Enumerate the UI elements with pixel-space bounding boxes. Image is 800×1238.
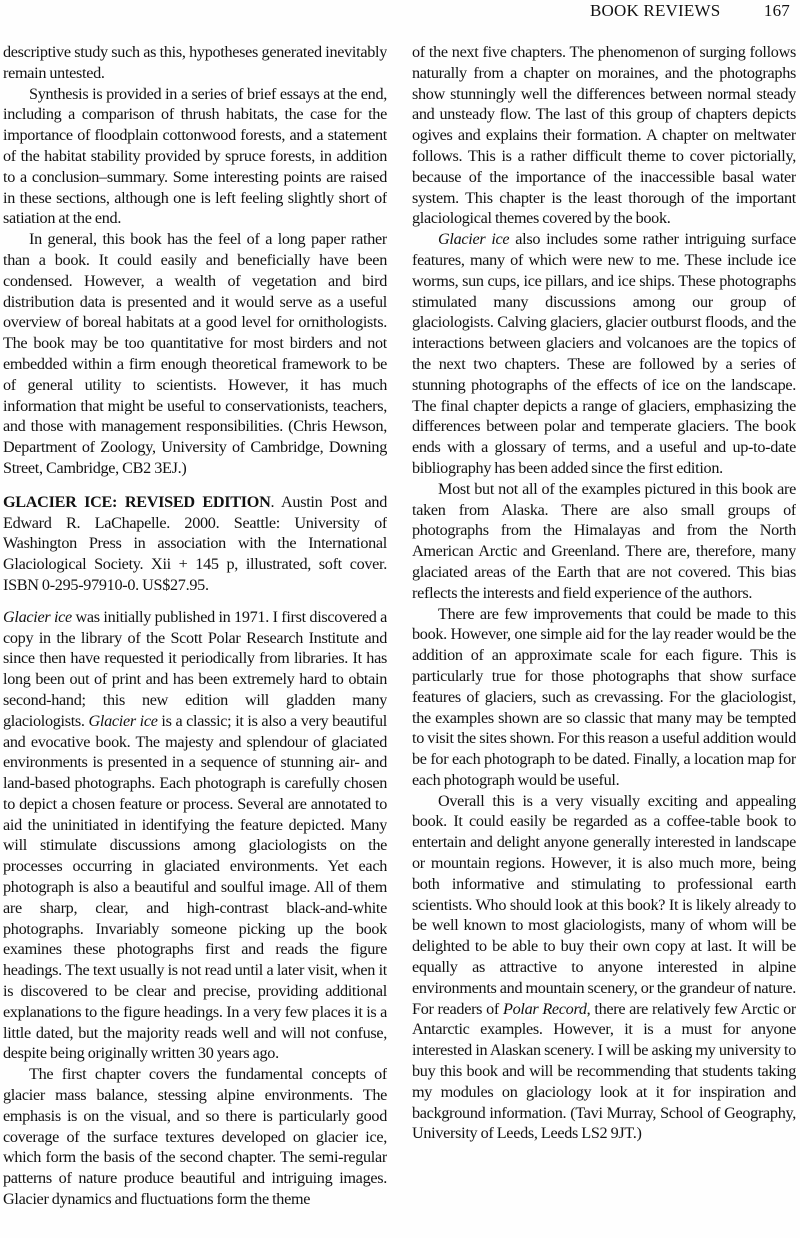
text-run: also includes some rather intriguing sur… — [412, 230, 796, 477]
review2-improvements-paragraph: There are few improvements that could be… — [412, 604, 796, 791]
review2-surface-features-paragraph: Glacier ice also includes some rather in… — [412, 229, 796, 479]
page-number: 167 — [764, 1, 790, 21]
text-run: , there are relatively few Arctic or Ant… — [412, 1000, 796, 1143]
review2-conclusion-paragraph: Overall this is a very visually exciting… — [412, 791, 796, 1145]
journal-page: BOOK REVIEWS 167 descriptive study such … — [0, 0, 800, 1238]
book-citation-heading: GLACIER ICE: REVISED EDITION. Austin Pos… — [3, 492, 387, 596]
text-run: of the next five chapters. The phenomeno… — [412, 43, 796, 227]
text-run: is a classic; it is also a very beautifu… — [3, 712, 387, 1063]
text-run: The first chapter covers the fundamental… — [3, 1065, 387, 1208]
review2-opening-paragraph: Glacier ice was initially published in 1… — [3, 607, 387, 1065]
text-run: descriptive study such as this, hypothes… — [3, 43, 387, 82]
review1-synthesis-paragraph: Synthesis is provided in a series of bri… — [3, 84, 387, 230]
text-run: In general, this book has the feel of a … — [3, 230, 387, 477]
two-column-text-block: descriptive study such as this, hypothes… — [3, 42, 796, 1236]
review1-continuation-paragraph: descriptive study such as this, hypothes… — [3, 42, 387, 84]
italic-text-run: Polar Record — [503, 1000, 587, 1018]
right-column: of the next five chapters. The phenomeno… — [412, 42, 796, 1236]
text-run: Overall this is a very visually exciting… — [412, 792, 796, 1018]
review2-first-chapter-paragraph: The first chapter covers the fundamental… — [3, 1064, 387, 1210]
bold-text-run: GLACIER ICE: REVISED EDITION — [3, 493, 270, 511]
left-column: descriptive study such as this, hypothes… — [3, 42, 387, 1236]
text-run: There are few improvements that could be… — [412, 605, 796, 789]
italic-text-run: Glacier ice — [89, 712, 158, 730]
italic-text-run: Glacier ice — [3, 608, 72, 626]
review1-closing-paragraph: In general, this book has the feel of a … — [3, 229, 387, 479]
running-head-title: BOOK REVIEWS — [590, 1, 720, 21]
italic-text-run: Glacier ice — [438, 230, 509, 248]
running-header: BOOK REVIEWS 167 — [590, 1, 790, 21]
review2-chapters-continuation-paragraph: of the next five chapters. The phenomeno… — [412, 42, 796, 229]
text-run: Most but not all of the examples picture… — [412, 480, 796, 602]
review2-examples-paragraph: Most but not all of the examples picture… — [412, 479, 796, 604]
text-run: Synthesis is provided in a series of bri… — [3, 85, 387, 228]
